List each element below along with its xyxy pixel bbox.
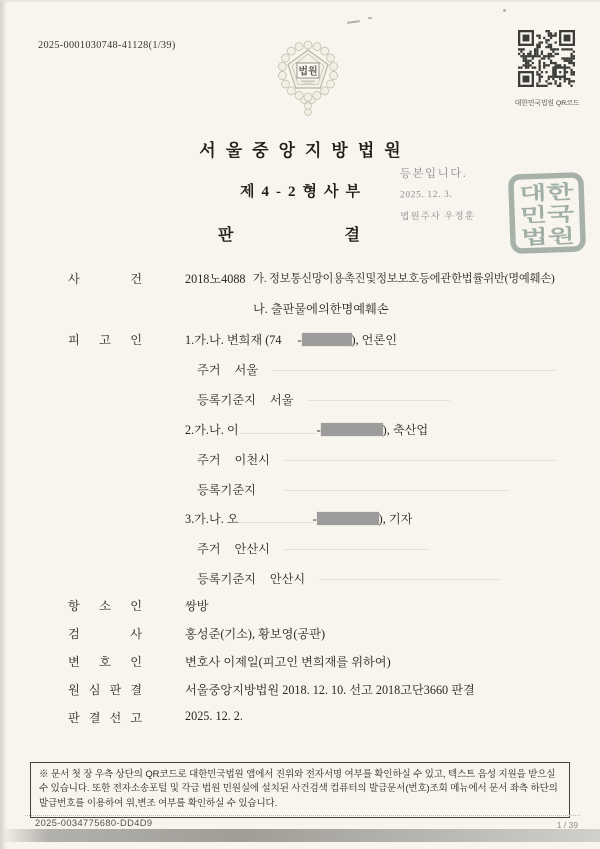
redaction-box	[302, 333, 352, 346]
residence-row: 주거 서울	[0, 361, 600, 378]
scan-speck	[347, 20, 360, 24]
residence-label: 주거	[197, 540, 221, 557]
court-seal: 대한 민국 법원	[507, 171, 588, 256]
clerk-name: 법원주사 우정훈	[400, 208, 475, 223]
registry-row: 등록기준지 서울	[0, 391, 600, 408]
registry-value: 서울	[270, 391, 294, 408]
defendants-label: 피고인	[68, 331, 142, 348]
registry-label: 등록기준지	[197, 481, 256, 498]
judgment-title-right: 결	[345, 222, 360, 245]
defendant-row-1: 피고인 1.가.나. 변희재 (74 - ), 언론인	[0, 331, 600, 348]
residence-row: 주거 안산시	[0, 540, 600, 557]
scan-edge-shadow-top	[0, 0, 600, 3]
blank-line	[284, 549, 430, 550]
blank-line	[319, 579, 500, 580]
defendant-row-3: 3.가.나. 오 - ), 기자	[0, 510, 600, 527]
residence-value: 이천시	[235, 451, 270, 468]
defendant-name: 2.가.나. 이	[185, 421, 239, 438]
scan-edge-shadow	[0, 0, 7, 849]
blank-line	[272, 370, 556, 371]
registry-label: 등록기준지	[197, 570, 256, 587]
residence-value: 안산시	[235, 540, 270, 557]
original-judgment-label: 원심판결	[68, 681, 142, 698]
residence-label: 주거	[197, 451, 221, 468]
seal-text-row: 대한	[519, 180, 575, 205]
sentencing-date-value: 2025. 12. 2.	[185, 709, 243, 724]
qr-caption: 대한민국법원 QR코드	[505, 97, 589, 107]
emblem-label: 법원	[298, 65, 317, 78]
certified-copy-text: 등본입니다.	[400, 165, 475, 182]
residence-value: 서울	[235, 361, 259, 378]
defendant-name: 1.가.나. 변희재 (74	[185, 331, 281, 348]
sentencing-date-label: 판결선고	[68, 709, 142, 726]
registry-row: 등록기준지	[0, 481, 600, 498]
defendant-occupation: ), 언론인	[352, 331, 397, 348]
issue-number: 2025-0034775680-DD4D9	[35, 818, 152, 828]
blank-line	[284, 490, 510, 491]
judgment-title-left: 판	[218, 222, 233, 245]
judgment-title: 판 결	[0, 222, 589, 245]
judgment-document-page: 2025-0001030748-41128(1/39) 법원 대한민국법원 QR…	[0, 0, 600, 849]
case-number: 2018노4088	[185, 270, 246, 287]
counsel-value: 변호사 이제일(피고인 변희재를 위하여)	[185, 653, 391, 670]
charge-b-row: 나. 출판물에의한명예훼손	[0, 300, 600, 317]
court-emblem-icon: 법원	[278, 34, 338, 116]
qr-code	[518, 30, 575, 87]
seal-text-row: 법원	[520, 224, 575, 249]
court-name: 서울중앙지방법원	[0, 136, 600, 161]
divider-dotted	[25, 815, 580, 816]
defendant-row-2: 2.가.나. 이 - ), 축산업	[0, 421, 600, 438]
blank-line	[307, 400, 450, 401]
case-label: 사건	[68, 270, 142, 287]
certified-copy-date: 2025. 12. 3.	[400, 190, 475, 201]
blank-line	[284, 460, 556, 461]
appellant-row: 항소인 쌍방	[0, 597, 600, 614]
certified-copy-stamp: 등본입니다. 2025. 12. 3. 법원주사 우정훈	[400, 165, 475, 223]
charge-a: 가. 정보통신망이용촉진및정보보호등에관한법률위반(명예훼손)	[253, 270, 555, 286]
charge-b: 나. 출판물에의한명예훼손	[253, 300, 389, 317]
appellant-value: 쌍방	[185, 597, 209, 614]
original-judgment-row: 원심판결 서울중앙지방법원 2018. 12. 10. 선고 2018고단366…	[0, 681, 600, 698]
redaction-box	[321, 423, 383, 436]
prosecutor-label: 검사	[68, 625, 142, 642]
counsel-row: 변호인 변호사 이제일(피고인 변희재를 위하여)	[0, 653, 600, 670]
document-id-top: 2025-0001030748-41128(1/39)	[38, 40, 176, 51]
footer-notice: ※ 문서 첫 장 우측 상단의 QR코드로 대한민국법원 앱에서 진위와 전자서…	[30, 762, 570, 818]
seal-text-row: 민국	[520, 202, 576, 227]
residence-row: 주거 이천시	[0, 451, 600, 468]
defendant-occupation: ), 기자	[379, 510, 413, 527]
defendant-occupation: ), 축산업	[383, 421, 428, 438]
original-judgment-value: 서울중앙지방법원 2018. 12. 10. 선고 2018고단3660 판결	[185, 681, 475, 698]
prosecutor-row: 검사 홍성준(기소), 황보영(공판)	[0, 625, 600, 642]
registry-value: 안산시	[270, 570, 305, 587]
scan-bar	[0, 829, 600, 842]
counsel-label: 변호인	[68, 653, 142, 670]
prosecutor-value: 홍성준(기소), 황보영(공판)	[185, 625, 325, 642]
sentencing-date-row: 판결선고 2025. 12. 2.	[0, 709, 600, 726]
case-row: 사건 2018노4088 가. 정보통신망이용촉진및정보보호등에관한법률위반(명…	[0, 270, 600, 287]
scan-speck	[503, 9, 506, 12]
registry-label: 등록기준지	[197, 391, 256, 408]
scan-speck	[368, 17, 372, 19]
registry-row: 등록기준지 안산시	[0, 570, 600, 587]
residence-label: 주거	[197, 361, 221, 378]
defendant-name: 3.가.나. 오	[185, 510, 239, 527]
redaction-box	[317, 512, 379, 525]
appellant-label: 항소인	[68, 597, 142, 614]
